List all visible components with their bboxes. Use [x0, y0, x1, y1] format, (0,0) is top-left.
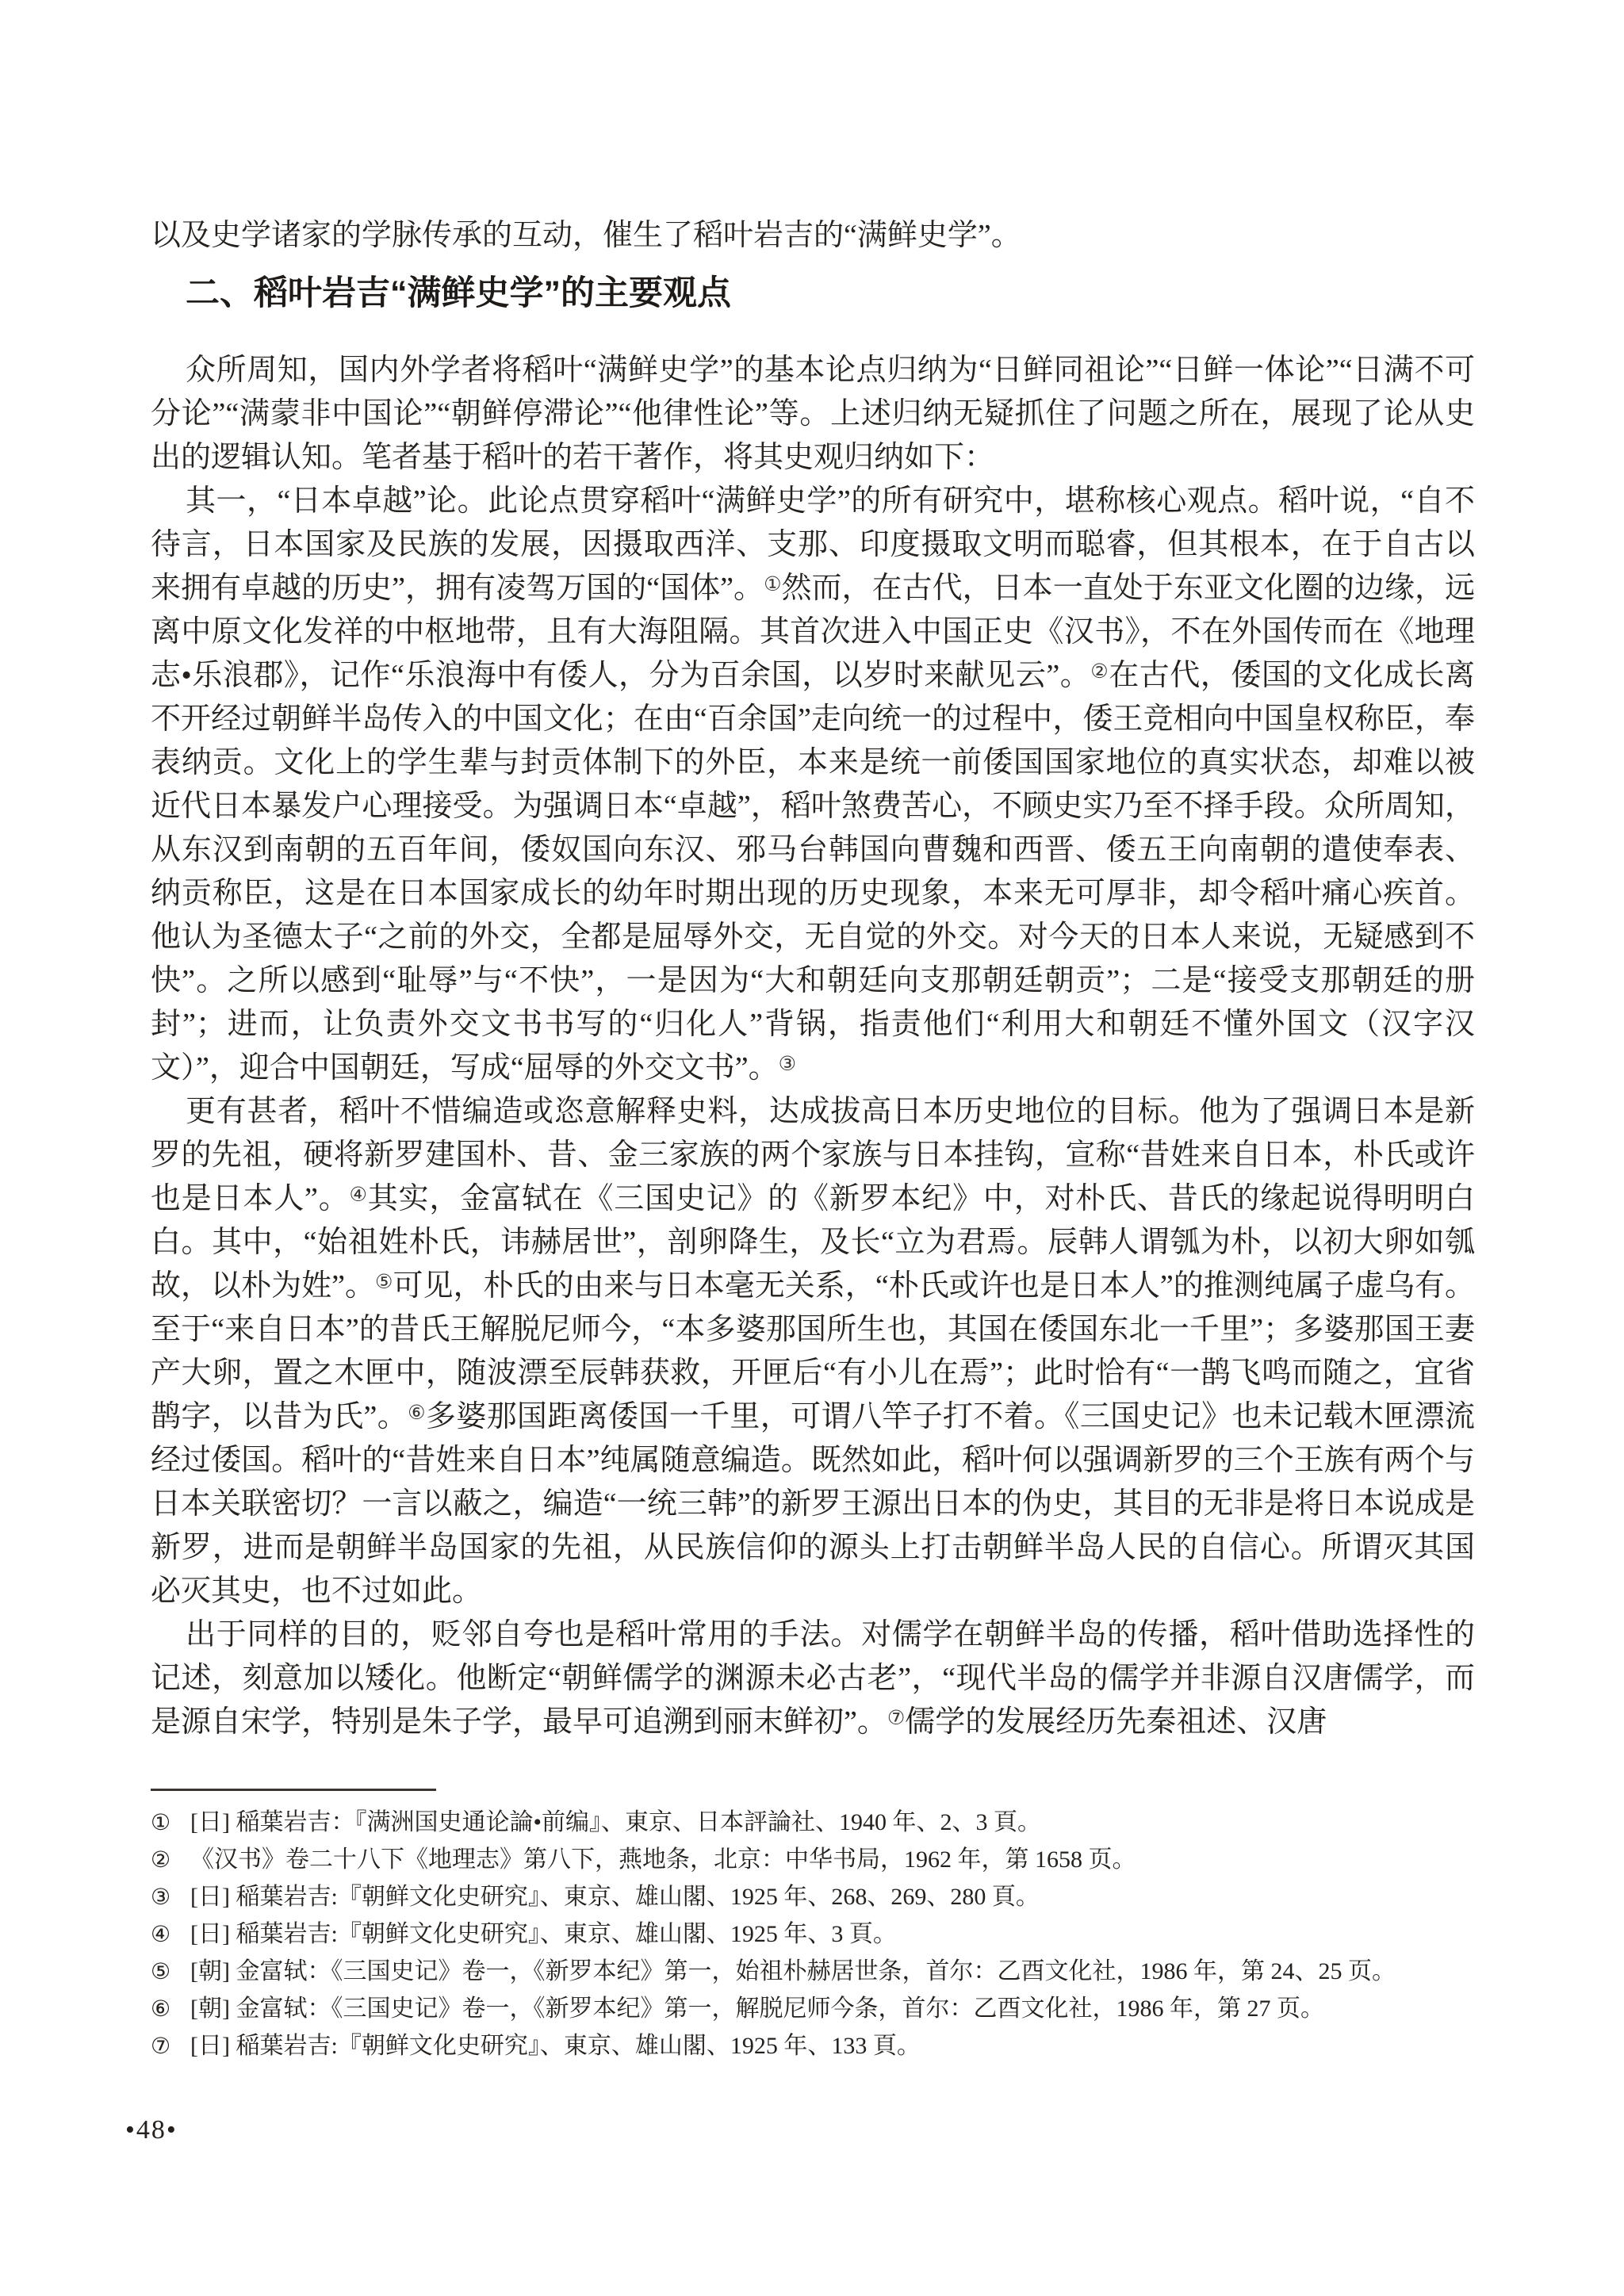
footnote-item: ③ [日] 稲葉岩吉:『朝鲜文化史研究』、東京、雄山閣、1925 年、268、2…: [151, 1878, 1475, 1915]
paragraph: 其一，“日本卓越”论。此论点贯穿稻叶“满鲜史学”的所有研究中，堪称核心观点。稻叶…: [151, 480, 1475, 1090]
footnote-item: ① [日] 稲葉岩吉：『满洲国史通论論•前编』、東京、日本評論社、1940 年、…: [151, 1804, 1475, 1841]
footnote-number: ②: [151, 1841, 190, 1878]
paragraph: 出于同样的目的，贬邻自夸也是稻叶常用的手法。对儒学在朝鲜半岛的传播，稻叶借助选择…: [151, 1613, 1475, 1744]
paragraph-text: 儒学的发展经历先秦祖述、汉唐: [905, 1705, 1327, 1739]
footnote-divider: [151, 1789, 436, 1791]
paragraph: 更有甚者，稻叶不惜编造或恣意解释史料，达成拔高日本历史地位的目标。他为了强调日本…: [151, 1090, 1475, 1613]
footnote-marker: ⑤: [375, 1270, 393, 1293]
footnote-item: ④ [日] 稲葉岩吉:『朝鲜文化史研究』、東京、雄山閣、1925 年、3 頁。: [151, 1915, 1475, 1953]
footnote-text: 《汉书》卷二十八下《地理志》第八下，燕地条，北京：中华书局，1962 年，第 1…: [190, 1841, 1475, 1878]
footnote-number: ⑥: [151, 1990, 190, 2027]
footnote-text: [朝] 金富轼：《三国史记》卷一，《新罗本纪》第一，解脱尼师今条，首尔：乙酉文化…: [190, 1990, 1475, 2027]
footnote-text: [朝] 金富轼：《三国史记》卷一，《新罗本纪》第一，始祖朴赫居世条，首尔：乙酉文…: [190, 1953, 1475, 1990]
footnote-item: ⑥ [朝] 金富轼：《三国史记》卷一，《新罗本纪》第一，解脱尼师今条，首尔：乙酉…: [151, 1990, 1475, 2027]
footnote-item: ⑤ [朝] 金富轼：《三国史记》卷一，《新罗本纪》第一，始祖朴赫居世条，首尔：乙…: [151, 1953, 1475, 1990]
paragraph-text: 在古代，倭国的文化成长离不开经过朝鲜半岛传入的中国文化；在由“百余国”走向统一的…: [151, 659, 1475, 1085]
paragraph-text: 众所周知，国内外学者将稻叶“满鲜史学”的基本论点归纳为“日鲜同祖论”“日鲜一体论…: [151, 354, 1475, 474]
body-text-continuation: 以及史学诸家的学脉传承的互动，催生了稻叶岩吉的“满鲜史学”。: [151, 214, 1475, 258]
footnote-item: ② 《汉书》卷二十八下《地理志》第八下，燕地条，北京：中华书局，1962 年，第…: [151, 1841, 1475, 1878]
section-heading: 二、稻叶岩吉“满鲜史学”的主要观点: [151, 270, 1475, 317]
footnote-number: ④: [151, 1915, 190, 1953]
footnote-marker: ⑦: [887, 1706, 905, 1729]
footnote-number: ①: [151, 1804, 190, 1841]
footnote-number: ③: [151, 1878, 190, 1915]
footnote-number: ⑦: [151, 2027, 190, 2064]
footnote-marker: ①: [764, 572, 781, 595]
footnote-text: [日] 稲葉岩吉：『满洲国史通论論•前编』、東京、日本評論社、1940 年、2、…: [190, 1804, 1475, 1841]
footnote-marker: ②: [1090, 660, 1109, 683]
paragraph: 众所周知，国内外学者将稻叶“满鲜史学”的基本论点归纳为“日鲜同祖论”“日鲜一体论…: [151, 349, 1475, 480]
footnote-text: [日] 稲葉岩吉:『朝鲜文化史研究』、東京、雄山閣、1925 年、3 頁。: [190, 1915, 1475, 1953]
footnote-item: ⑦ [日] 稲葉岩吉:『朝鲜文化史研究』、東京、雄山閣、1925 年、133 頁…: [151, 2027, 1475, 2064]
footnote-marker: ⑥: [408, 1401, 426, 1424]
footnote-marker: ③: [779, 1052, 796, 1075]
footnote-number: ⑤: [151, 1953, 190, 1990]
footnotes-section: ① [日] 稲葉岩吉：『满洲国史通论論•前编』、東京、日本評論社、1940 年、…: [151, 1804, 1475, 2064]
page-number: •48•: [125, 2115, 178, 2145]
footnote-text: [日] 稲葉岩吉:『朝鲜文化史研究』、東京、雄山閣、1925 年、133 頁。: [190, 2027, 1475, 2064]
footnote-marker: ④: [350, 1183, 368, 1206]
footnote-text: [日] 稲葉岩吉:『朝鲜文化史研究』、東京、雄山閣、1925 年、268、269…: [190, 1878, 1475, 1915]
article-body: 以及史学诸家的学脉传承的互动，催生了稻叶岩吉的“满鲜史学”。 二、稻叶岩吉“满鲜…: [151, 214, 1475, 2064]
document-page: 以及史学诸家的学脉传承的互动，催生了稻叶岩吉的“满鲜史学”。 二、稻叶岩吉“满鲜…: [0, 0, 1624, 2296]
